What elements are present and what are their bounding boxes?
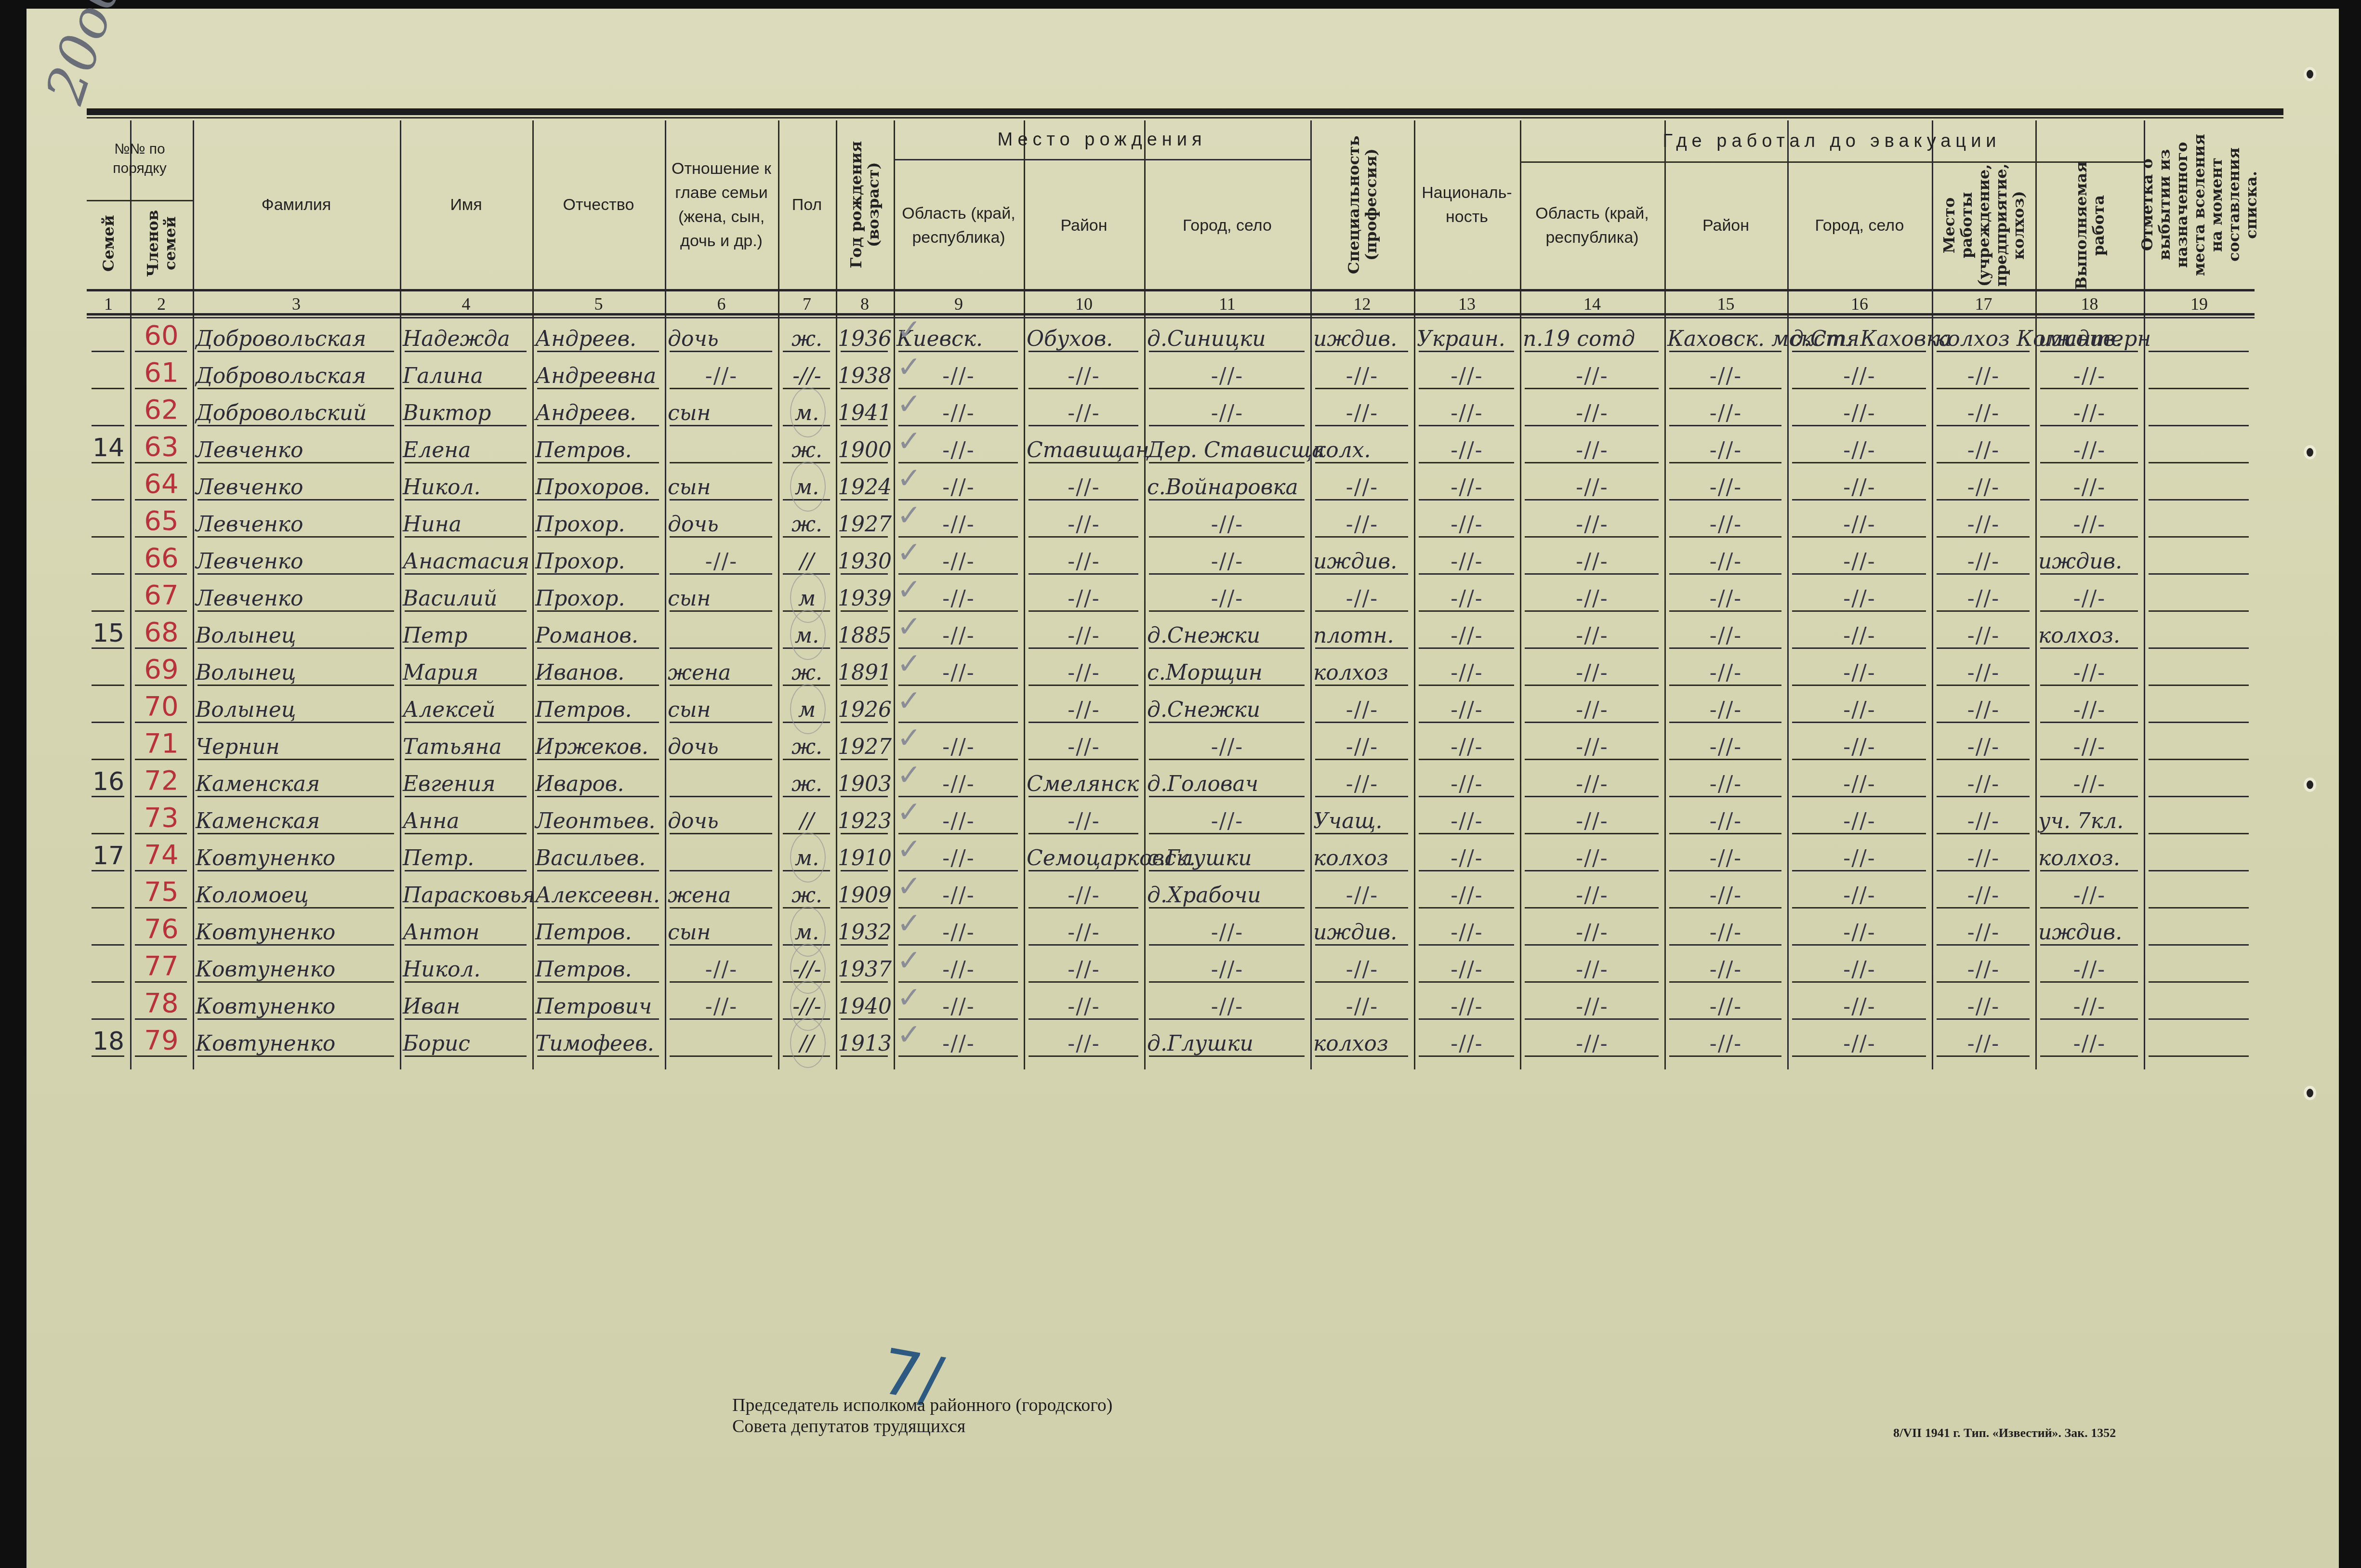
cell-patronymic: Прохор. — [532, 508, 668, 537]
cell-b-district: -//- — [1024, 916, 1144, 945]
numbers-bottom-rule — [87, 313, 2255, 316]
cell-member: 75 — [130, 879, 193, 908]
cell-family — [87, 656, 130, 685]
cell-member: 68 — [130, 619, 193, 648]
column-header-6: Отношение к главе семьи (жена, сын, дочь… — [665, 125, 778, 284]
table-row: 65ЛевченкоНинаПрохор.дочьж.1927-//--//--… — [0, 503, 2361, 540]
cell-nationality: -//- — [1414, 656, 1520, 685]
cell-workplace: -//- — [1932, 619, 2035, 648]
cell-workplace: -//- — [1932, 396, 2035, 425]
cell-w-town: д.Ст. Каховка — [1787, 322, 1935, 351]
column-number: 15 — [1664, 294, 1787, 313]
cell-nationality: -//- — [1414, 842, 1520, 870]
cell-profession: -//- — [1310, 953, 1414, 982]
header-work-group: Где работал до эвакуации — [1520, 123, 2144, 159]
column-number: 19 — [2144, 294, 2255, 313]
cell-nationality: -//- — [1414, 396, 1520, 425]
cell-family — [87, 471, 130, 500]
cell-job: -//- — [2035, 767, 2144, 796]
cell-family: 16 — [87, 767, 130, 796]
cell-surname: Ковтуненко — [193, 953, 403, 982]
checkmark-icon: ✓ — [897, 981, 921, 1015]
cell-profession: -//- — [1310, 471, 1414, 500]
evacuation-table: №№ по порядкуМесто рожденияГде работал д… — [0, 0, 2361, 1568]
checkmark-icon: ✓ — [897, 758, 921, 792]
cell-job: -//- — [2035, 396, 2144, 425]
table-row: 70ВолынецАлексейПетров.сынм1926-//-д.Сне… — [0, 689, 2361, 726]
cell-note — [2144, 619, 2257, 648]
cell-b-district: Смелянск — [1024, 767, 1147, 796]
table-row: 1672КаменскаяЕвгенияИваров.ж.1903-//-Сме… — [0, 763, 2361, 800]
checkmark-icon: ✓ — [897, 721, 921, 755]
cell-surname: Каменская — [193, 804, 403, 833]
cell-surname: Левченко — [193, 545, 403, 574]
pencil-circle-mark — [790, 1018, 826, 1068]
cell-w-district: -//- — [1664, 730, 1787, 759]
cell-sex: ж. — [778, 322, 836, 351]
header-bottom-rule — [87, 289, 2255, 291]
cell-w-town: -//- — [1787, 434, 1932, 462]
cell-w-region: -//- — [1520, 434, 1664, 462]
cell-member: 72 — [130, 767, 193, 796]
column-number: 7 — [778, 294, 836, 313]
table-row: 61ДобровольскаяГалинаАндреевна-//--//-19… — [0, 355, 2361, 392]
cell-w-region: -//- — [1520, 693, 1664, 722]
cell-surname: Чернин — [193, 730, 403, 759]
cell-w-region: -//- — [1520, 804, 1664, 833]
header-rule — [1520, 161, 2144, 163]
cell-patronymic: Прохор. — [532, 545, 668, 574]
cell-name: Анастасия — [400, 545, 535, 574]
cell-nationality: -//- — [1414, 804, 1520, 833]
checkmark-icon: ✓ — [897, 424, 921, 458]
cell-family: 14 — [87, 434, 130, 462]
cell-family — [87, 804, 130, 833]
cell-surname: Левченко — [193, 508, 403, 537]
cell-workplace: -//- — [1932, 471, 2035, 500]
print-info: 8/VII 1941 г. Тип. «Известий». Зак. 1352 — [1893, 1426, 2116, 1440]
cell-year: 1910 — [836, 842, 894, 870]
cell-job: -//- — [2035, 953, 2144, 982]
cell-year: 1938 — [836, 359, 894, 388]
cell-w-region: -//- — [1520, 879, 1664, 908]
cell-surname: Ковтуненко — [193, 1027, 403, 1056]
table-row: 1774КовтуненкоПетр.Васильев.м.1910-//-Се… — [0, 837, 2361, 874]
cell-b-town: д.Снежки — [1144, 693, 1313, 722]
cell-workplace: -//- — [1932, 359, 2035, 388]
cell-name: Мария — [400, 656, 535, 685]
checkmark-icon: ✓ — [897, 647, 921, 681]
cell-b-district: -//- — [1024, 508, 1144, 537]
checkmark-icon: ✓ — [897, 387, 921, 421]
cell-b-town: -//- — [1144, 916, 1310, 945]
cell-member: 71 — [130, 730, 193, 759]
cell-sex: ж. — [778, 508, 836, 537]
cell-profession: -//- — [1310, 359, 1414, 388]
cell-nationality: -//- — [1414, 916, 1520, 945]
cell-nationality: -//- — [1414, 1027, 1520, 1056]
cell-profession: -//- — [1310, 767, 1414, 796]
table-row: 78КовтуненкоИванПетрович-//--//-1940-//-… — [0, 986, 2361, 1023]
cell-b-district: -//- — [1024, 471, 1144, 500]
cell-note — [2144, 804, 2257, 833]
column-number: 14 — [1520, 294, 1664, 313]
cell-b-town: -//- — [1144, 730, 1310, 759]
cell-relation: -//- — [665, 545, 778, 574]
checkmark-icon: ✓ — [897, 313, 921, 347]
cell-patronymic: Петров. — [532, 693, 668, 722]
cell-b-district: Семоцарковск. — [1024, 842, 1147, 870]
cell-member: 61 — [130, 359, 193, 388]
cell-job: уч. 7кл. — [2035, 804, 2147, 833]
cell-b-district: -//- — [1024, 693, 1144, 722]
checkmark-icon: ✓ — [897, 870, 921, 903]
cell-w-region: -//- — [1520, 396, 1664, 425]
cell-patronymic: Андреевна — [532, 359, 668, 388]
cell-name: Алексей — [400, 693, 535, 722]
cell-patronymic: Петрович — [532, 990, 668, 1019]
cell-family — [87, 953, 130, 982]
cell-patronymic: Иржеков. — [532, 730, 668, 759]
punch-hole — [2307, 1089, 2313, 1097]
cell-w-district: -//- — [1664, 508, 1787, 537]
cell-patronymic: Леонтьев. — [532, 804, 668, 833]
cell-year: 1900 — [836, 434, 894, 462]
signature-block: Председатель исполкома районного (городс… — [732, 1395, 1113, 1437]
cell-b-town: -//- — [1144, 582, 1310, 611]
cell-name: Борис — [400, 1027, 535, 1056]
cell-member: 73 — [130, 804, 193, 833]
cell-job: -//- — [2035, 434, 2144, 462]
cell-workplace: -//- — [1932, 656, 2035, 685]
cell-nationality: -//- — [1414, 434, 1520, 462]
column-header-8: Год рождения (возраст) — [836, 125, 894, 284]
checkmark-icon: ✓ — [897, 907, 921, 940]
cell-relation: -//- — [665, 990, 778, 1019]
cell-w-town: -//- — [1787, 990, 1932, 1019]
cell-note — [2144, 582, 2257, 611]
cell-year: 1940 — [836, 990, 894, 1019]
column-header-10: Район — [1024, 166, 1144, 284]
cell-note — [2144, 693, 2257, 722]
cell-family — [87, 693, 130, 722]
cell-year: 1923 — [836, 804, 894, 833]
cell-patronymic: Андреев. — [532, 322, 668, 351]
column-header-15: Район — [1664, 166, 1787, 284]
cell-note — [2144, 322, 2257, 351]
table-row: 66ЛевченкоАнастасияПрохор.-//-//1930-//-… — [0, 540, 2361, 578]
cell-workplace: -//- — [1932, 545, 2035, 574]
cell-w-district: -//- — [1664, 804, 1787, 833]
cell-member: 78 — [130, 990, 193, 1019]
table-row: 76КовтуненкоАнтонПетров.сынм.1932-//--//… — [0, 911, 2361, 949]
cell-workplace: -//- — [1932, 842, 2035, 870]
cell-w-district: -//- — [1664, 396, 1787, 425]
cell-relation — [665, 842, 781, 870]
cell-job: -//- — [2035, 693, 2144, 722]
cell-workplace: -//- — [1932, 804, 2035, 833]
cell-family: 17 — [87, 842, 130, 870]
cell-surname: Добровольская — [193, 322, 403, 351]
cell-b-town: -//- — [1144, 396, 1310, 425]
cell-relation: дочь — [665, 730, 781, 759]
cell-w-region: -//- — [1520, 545, 1664, 574]
table-row: 77КовтуненкоНикол.Петров.-//--//-1937-//… — [0, 949, 2361, 986]
column-number: 2 — [130, 294, 193, 313]
column-header-1: Семей — [87, 202, 130, 284]
checkmark-icon: ✓ — [897, 832, 921, 866]
cell-w-region: -//- — [1520, 953, 1664, 982]
cell-b-town: с.Войнаровка — [1144, 471, 1313, 500]
cell-w-district: -//- — [1664, 842, 1787, 870]
checkmark-icon: ✓ — [897, 795, 921, 829]
column-header-16: Город, село — [1787, 166, 1932, 284]
column-number: 10 — [1024, 294, 1144, 313]
cell-b-district: -//- — [1024, 396, 1144, 425]
cell-member: 77 — [130, 953, 193, 982]
cell-relation: сын — [665, 396, 781, 425]
cell-year: 1891 — [836, 656, 894, 685]
column-number: 3 — [193, 294, 400, 313]
cell-name: Виктор — [400, 396, 535, 425]
cell-patronymic: Прохор. — [532, 582, 668, 611]
cell-workplace: -//- — [1932, 767, 2035, 796]
table-row: 1463ЛевченкоЕленаПетров.ж.1900-//-Ставищ… — [0, 429, 2361, 466]
cell-relation: дочь — [665, 508, 781, 537]
cell-profession: -//- — [1310, 990, 1414, 1019]
cell-w-district: -//- — [1664, 1027, 1787, 1056]
cell-b-district: -//- — [1024, 879, 1144, 908]
cell-w-district: -//- — [1664, 619, 1787, 648]
cell-patronymic: Петров. — [532, 434, 668, 462]
cell-b-town: -//- — [1144, 359, 1310, 388]
cell-w-region: -//- — [1520, 1027, 1664, 1056]
cell-sex: ж. — [778, 434, 836, 462]
cell-note — [2144, 879, 2257, 908]
cell-family — [87, 990, 130, 1019]
table-row: 60ДобровольскаяНадеждаАндреев.дочьж.1936… — [0, 318, 2361, 355]
cell-w-region: -//- — [1520, 842, 1664, 870]
cell-relation: сын — [665, 916, 781, 945]
cell-name: Анна — [400, 804, 535, 833]
cell-w-district: -//- — [1664, 359, 1787, 388]
cell-w-region: -//- — [1520, 730, 1664, 759]
cell-relation: сын — [665, 693, 781, 722]
cell-job: -//- — [2035, 879, 2144, 908]
cell-patronymic: Иваров. — [532, 767, 668, 796]
checkmark-icon: ✓ — [897, 1018, 921, 1052]
cell-job: иждив. — [2035, 545, 2147, 574]
table-row: 75КоломоецПарасковьяАлексеевн.женаж.1909… — [0, 874, 2361, 911]
cell-surname: Добровольский — [193, 396, 403, 425]
cell-w-district: -//- — [1664, 656, 1787, 685]
cell-nationality: -//- — [1414, 582, 1520, 611]
cell-surname: Коломоец — [193, 879, 403, 908]
cell-b-district: -//- — [1024, 656, 1144, 685]
cell-member: 60 — [130, 322, 193, 351]
table-row: 64ЛевченкоНикол.Прохоров.сынм.1924-//--/… — [0, 466, 2361, 503]
column-header-12: Специальность (профессия) — [1310, 125, 1414, 284]
cell-member: 65 — [130, 508, 193, 537]
cell-nationality: -//- — [1414, 359, 1520, 388]
cell-w-town: -//- — [1787, 916, 1932, 945]
cell-w-region: п.19 сотд — [1520, 322, 1667, 351]
cell-profession: -//- — [1310, 396, 1414, 425]
cell-family — [87, 582, 130, 611]
cell-relation: -//- — [665, 953, 778, 982]
cell-profession: -//- — [1310, 879, 1414, 908]
column-header-5: Отчество — [532, 125, 665, 284]
cell-profession: колх. — [1310, 434, 1417, 462]
header-rule — [894, 159, 1310, 160]
cell-b-town: -//- — [1144, 953, 1310, 982]
cell-w-town: -//- — [1787, 804, 1932, 833]
column-header-19: Отметка о выбытии из назначенного места … — [2144, 125, 2255, 284]
column-number: 6 — [665, 294, 778, 313]
cell-workplace: -//- — [1932, 1027, 2035, 1056]
cell-b-district: -//- — [1024, 1027, 1144, 1056]
cell-job: -//- — [2035, 471, 2144, 500]
cell-b-town: д.Глушки — [1144, 1027, 1313, 1056]
cell-b-district: Ставищан — [1024, 434, 1147, 462]
cell-profession: плотн. — [1310, 619, 1417, 648]
column-number: 1 — [87, 294, 130, 313]
cell-w-district: -//- — [1664, 916, 1787, 945]
cell-patronymic: Петров. — [532, 953, 668, 982]
cell-note — [2144, 359, 2257, 388]
cell-family — [87, 730, 130, 759]
cell-family — [87, 545, 130, 574]
cell-family — [87, 322, 130, 351]
cell-w-town: -//- — [1787, 508, 1932, 537]
cell-w-district: -//- — [1664, 879, 1787, 908]
cell-profession: Учащ. — [1310, 804, 1417, 833]
cell-workplace: -//- — [1932, 730, 2035, 759]
cell-year: 1924 — [836, 471, 894, 500]
column-header-9: Область (край, республика) — [894, 166, 1024, 284]
cell-b-district: -//- — [1024, 953, 1144, 982]
cell-note — [2144, 396, 2257, 425]
cell-name: Петр. — [400, 842, 535, 870]
cell-nationality: -//- — [1414, 508, 1520, 537]
header-rule — [87, 200, 193, 201]
cell-year: 1913 — [836, 1027, 894, 1056]
table-row: 69ВолынецМарияИванов.женаж.1891-//--//-с… — [0, 652, 2361, 689]
column-number: 4 — [400, 294, 532, 313]
cell-year: 1926 — [836, 693, 894, 722]
cell-b-district: -//- — [1024, 619, 1144, 648]
cell-note — [2144, 1027, 2257, 1056]
cell-w-district: -//- — [1664, 471, 1787, 500]
cell-relation — [665, 434, 781, 462]
cell-patronymic: Андреев. — [532, 396, 668, 425]
cell-workplace: -//- — [1932, 693, 2035, 722]
cell-b-town: д.Храбочи — [1144, 879, 1313, 908]
punch-hole — [2307, 448, 2313, 457]
cell-name: Никол. — [400, 471, 535, 500]
checkmark-icon: ✓ — [897, 461, 921, 495]
column-header-2: Членов семей — [130, 202, 193, 284]
cell-nationality: -//- — [1414, 619, 1520, 648]
cell-nationality: Украин. — [1414, 322, 1523, 351]
cell-note — [2144, 953, 2257, 982]
column-header-13: Националь-ность — [1414, 125, 1520, 284]
cell-name: Антон — [400, 916, 535, 945]
cell-year: 1936 — [836, 322, 894, 351]
column-header-4: Имя — [400, 125, 532, 284]
cell-b-town: -//- — [1144, 990, 1310, 1019]
cell-relation: жена — [665, 656, 781, 685]
cell-surname: Ковтуненко — [193, 842, 403, 870]
cell-family: 15 — [87, 619, 130, 648]
table-row: 1879КовтуненкоБорисТимофеев.//1913-//--/… — [0, 1023, 2361, 1060]
cell-sex: // — [778, 545, 836, 574]
column-number: 18 — [2035, 294, 2144, 313]
cell-profession: иждив. — [1310, 545, 1417, 574]
cell-w-town: -//- — [1787, 1027, 1932, 1056]
column-number: 13 — [1414, 294, 1520, 313]
checkmark-icon: ✓ — [897, 499, 921, 532]
cell-w-district: -//- — [1664, 953, 1787, 982]
cell-w-region: -//- — [1520, 916, 1664, 945]
cell-family: 18 — [87, 1027, 130, 1056]
cell-note — [2144, 434, 2257, 462]
cell-b-town: -//- — [1144, 804, 1310, 833]
checkmark-icon: ✓ — [897, 573, 921, 606]
cell-sex: ж. — [778, 879, 836, 908]
cell-name: Евгения — [400, 767, 535, 796]
cell-name: Татьяна — [400, 730, 535, 759]
cell-b-district: -//- — [1024, 804, 1144, 833]
column-number: 9 — [894, 294, 1024, 313]
cell-surname: Каменская — [193, 767, 403, 796]
cell-w-town: -//- — [1787, 359, 1932, 388]
column-header-17: Место работы (учреждение, предприятие, к… — [1932, 166, 2035, 284]
cell-profession: колхоз — [1310, 842, 1417, 870]
cell-w-district: -//- — [1664, 767, 1787, 796]
cell-member: 67 — [130, 582, 193, 611]
cell-workplace: -//- — [1932, 508, 2035, 537]
cell-w-region: -//- — [1520, 656, 1664, 685]
cell-patronymic: Иванов. — [532, 656, 668, 685]
cell-w-town: -//- — [1787, 582, 1932, 611]
cell-nationality: -//- — [1414, 693, 1520, 722]
cell-patronymic: Петров. — [532, 916, 668, 945]
cell-job: -//- — [2035, 656, 2144, 685]
cell-w-region: -//- — [1520, 619, 1664, 648]
cell-year: 1909 — [836, 879, 894, 908]
cell-family — [87, 359, 130, 388]
cell-w-town: -//- — [1787, 767, 1932, 796]
cell-b-town: д.Головач — [1144, 767, 1313, 796]
cell-b-district: -//- — [1024, 545, 1144, 574]
cell-profession: колхоз — [1310, 1027, 1417, 1056]
cell-profession: -//- — [1310, 693, 1414, 722]
cell-nationality: -//- — [1414, 879, 1520, 908]
cell-b-town: д.Синицки — [1144, 322, 1313, 351]
column-number: 8 — [836, 294, 894, 313]
cell-w-town: -//- — [1787, 619, 1932, 648]
cell-b-district: -//- — [1024, 730, 1144, 759]
cell-member: 64 — [130, 471, 193, 500]
cell-year: 1941 — [836, 396, 894, 425]
cell-w-region: -//- — [1520, 582, 1664, 611]
cell-patronymic: Алексеевн. — [532, 879, 668, 908]
column-header-3: Фамилия — [193, 125, 400, 284]
cell-note — [2144, 508, 2257, 537]
cell-nationality: -//- — [1414, 471, 1520, 500]
cell-w-town: -//- — [1787, 953, 1932, 982]
